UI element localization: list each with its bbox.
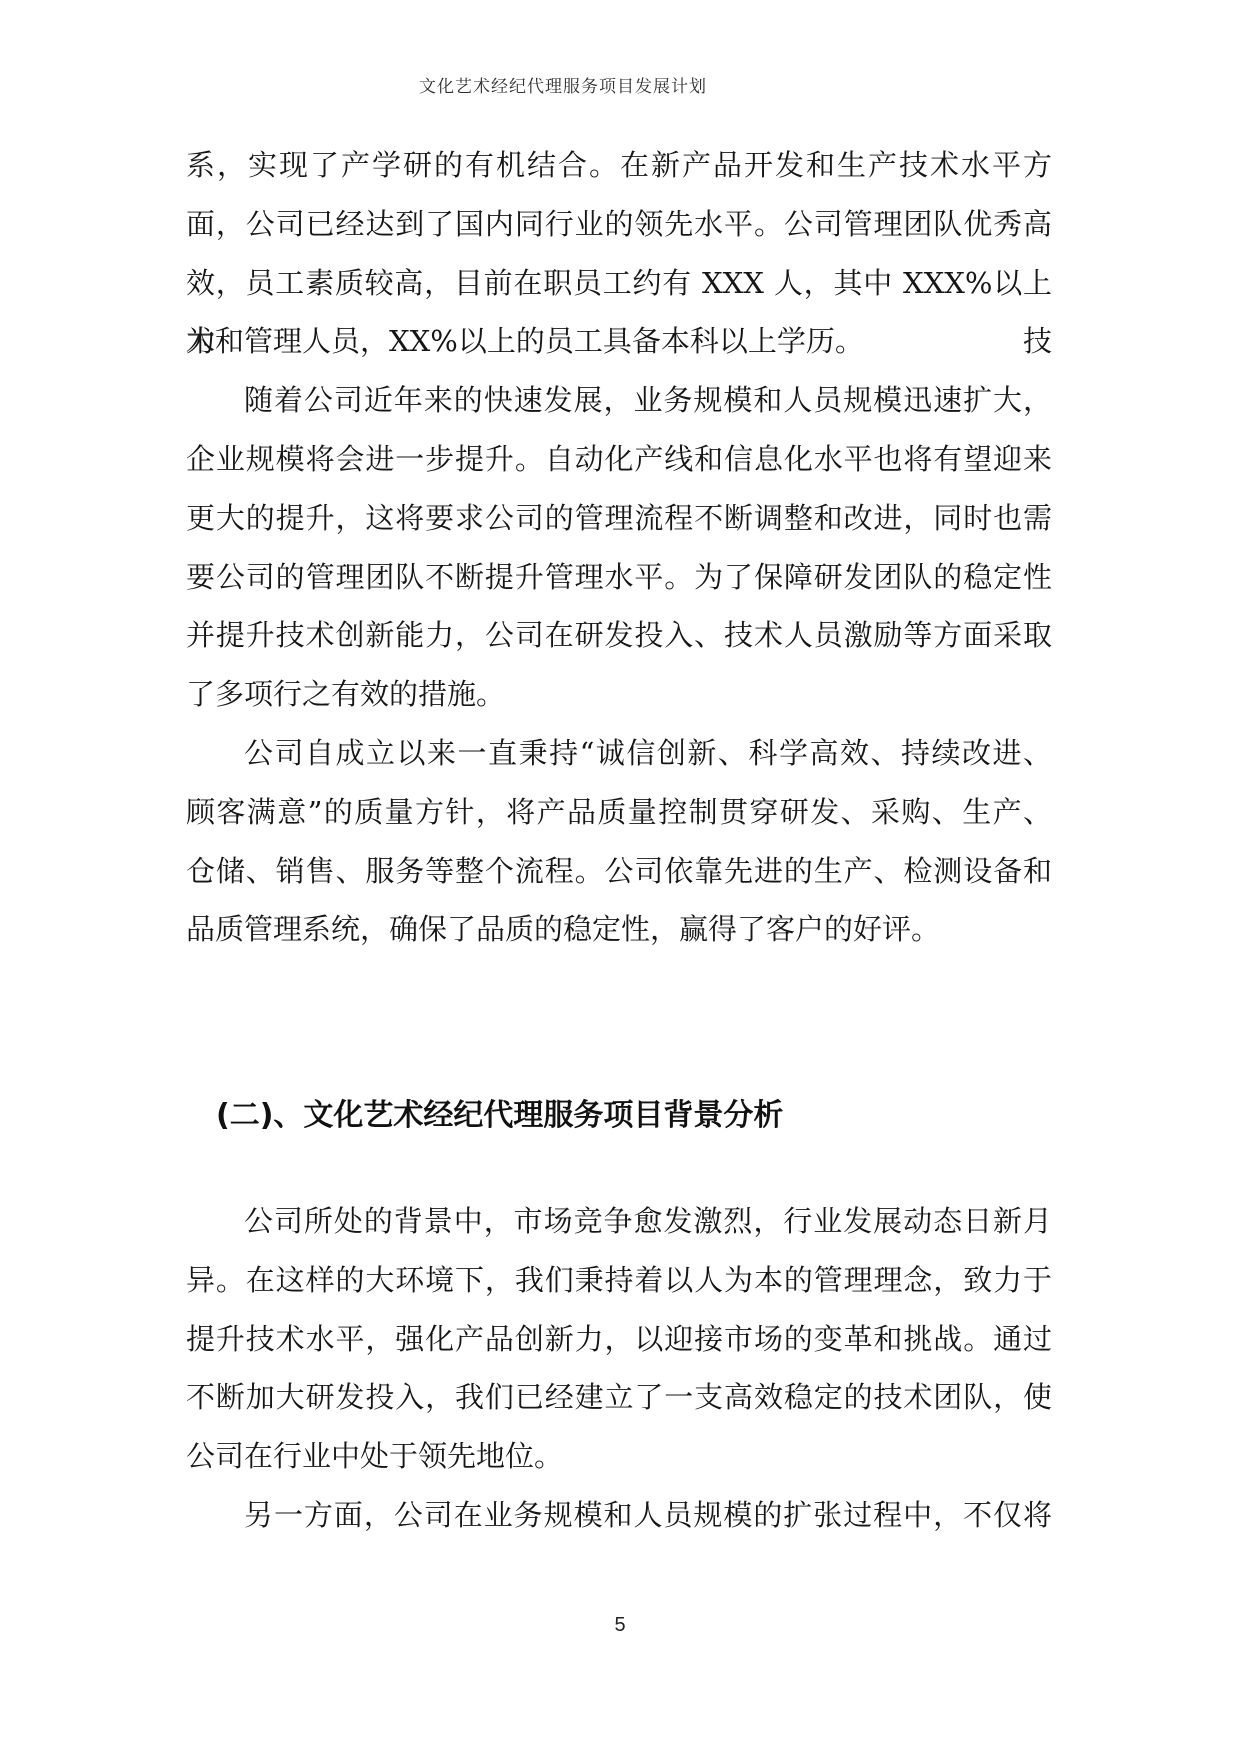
text-line: 公司自成立以来一直秉持“诚信创新、科学高效、持续改进、 [186, 724, 1052, 783]
document-page: 文化艺术经纪代理服务项目发展计划 系，实现了产学研的有机结合。在新产品开发和生产… [0, 0, 1240, 1753]
page-number: 5 [0, 1614, 1240, 1637]
text-line: 效，员工素质较高，目前在职员工约有 XXX 人，其中 XXX%以上为技 [186, 254, 1052, 313]
text-line: 随着公司近年来的快速发展，业务规模和人员规模迅速扩大， [186, 371, 1052, 430]
text-line: 仓储、销售、服务等整个流程。公司依靠先进的生产、检测设备和 [186, 842, 1052, 901]
text-line: 公司所处的背景中，市场竞争愈发激烈，行业发展动态日新月 [186, 1192, 1052, 1251]
text-line: 了多项行之有效的措施。 [186, 665, 1052, 724]
text-line: 异。在这样的大环境下，我们秉持着以人为本的管理理念，致力于 [186, 1251, 1052, 1310]
text-line: 品质管理系统，确保了品质的稳定性，赢得了客户的好评。 [186, 900, 1052, 959]
text-line: 要公司的管理团队不断提升管理水平。为了保障研发团队的稳定性 [186, 548, 1052, 607]
text-line: 提升技术水平，强化产品创新力，以迎接市场的变革和挑战。通过 [186, 1310, 1052, 1369]
text-line: 系，实现了产学研的有机结合。在新产品开发和生产技术水平方 [186, 136, 1052, 195]
page-header-title: 文化艺术经纪代理服务项目发展计划 [0, 72, 1126, 97]
text-line: 面，公司已经达到了国内同行业的领先水平。公司管理团队优秀高 [186, 195, 1052, 254]
text-line: 企业规模将会进一步提升。自动化产线和信息化水平也将有望迎来 [186, 430, 1052, 489]
text-line: 更大的提升，这将要求公司的管理流程不断调整和改进，同时也需 [186, 489, 1052, 548]
text-line: 另一方面，公司在业务规模和人员规模的扩张过程中，不仅将 [186, 1486, 1052, 1545]
text-line: 顾客满意”的质量方针，将产品质量控制贯穿研发、采购、生产、 [186, 783, 1052, 842]
text-line: 不断加大研发投入，我们已经建立了一支高效稳定的技术团队，使 [186, 1368, 1052, 1427]
section-heading: (二)、文化艺术经纪代理服务项目背景分析 [186, 1087, 1052, 1146]
text-line: 并提升技术创新能力，公司在研发投入、技术人员激励等方面采取 [186, 606, 1052, 665]
text-line: 公司在行业中处于领先地位。 [186, 1427, 1052, 1486]
document-body: 系，实现了产学研的有机结合。在新产品开发和生产技术水平方面，公司已经达到了国内同… [186, 136, 1052, 1545]
